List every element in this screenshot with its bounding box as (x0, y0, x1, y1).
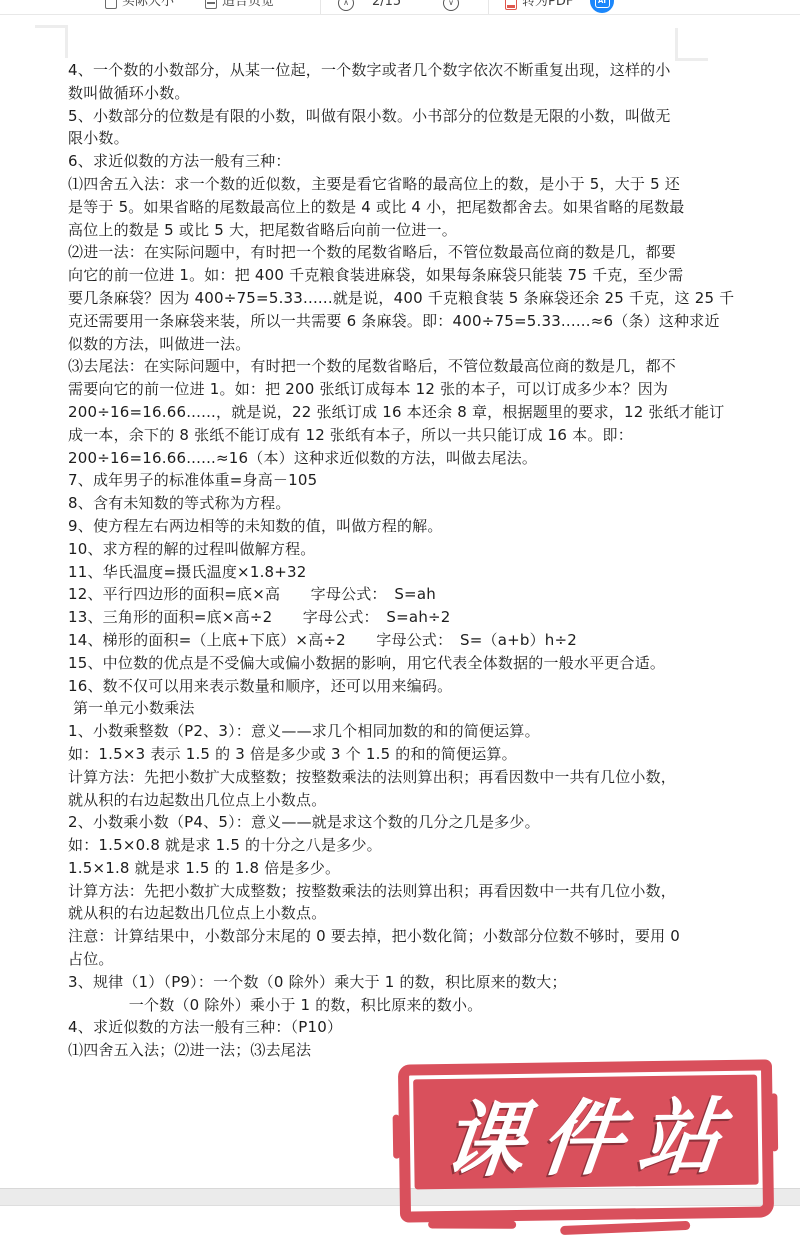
stamp-text: 课件站 (428, 1071, 745, 1192)
doc-line: 200÷16=16.66......≈16（本）这种求近似数的方法，叫做去尾法。 (68, 447, 728, 470)
doc-line: 似数的方法，叫做进一法。 (68, 333, 728, 356)
doc-line: 如：1.5×3 表示 1.5 的 3 倍是多少或 3 个 1.5 的和的简便运算… (68, 743, 728, 766)
doc-line: 要几条麻袋？因为 400÷75=5.33......就是说，400 千克粮食装 … (68, 287, 728, 310)
doc-line: 1、小数乘整数（P2、3）：意义——求几个相同加数的和的简便运算。 (68, 720, 728, 743)
doc-line: 12、平行四边形的面积=底×高 字母公式： S=ah (68, 583, 728, 606)
toolbar-separator (320, 0, 321, 14)
fit-width-button[interactable]: 适合页宽 (205, 0, 274, 12)
doc-line: 4、一个数的小数部分，从某一位起，一个数字或者几个数字依次不断重复出现，这样的小 (68, 59, 728, 82)
ai-badge: AI (595, 0, 610, 8)
ai-assistant-button[interactable]: AI (590, 0, 614, 13)
doc-line: 14、梯形的面积=（上底+下底）×高÷2 字母公式： S=（a+b）h÷2 (68, 629, 728, 652)
doc-line: 11、华氏温度=摄氏温度×1.8+32 (68, 561, 728, 584)
actual-size-icon (105, 0, 117, 9)
doc-line: 数叫做循环小数。 (68, 82, 728, 105)
doc-line: 1.5×1.8 就是求 1.5 的 1.8 倍是多少。 (68, 857, 728, 880)
stamp-ink-blotch (393, 1115, 401, 1159)
doc-line: 16、数不仅可以用来表示数量和顺序，还可以用来编码。 (68, 675, 728, 698)
doc-line: 10、求方程的解的过程叫做解方程。 (68, 538, 728, 561)
page-indicator: 2/15 (372, 0, 401, 12)
doc-line: 一个数（0 除外）乘小于 1 的数，积比原来的数小。 (68, 994, 728, 1017)
doc-line: 注意：计算结果中，小数部分末尾的 0 要去掉，把小数化简；小数部分位数不够时，要… (68, 925, 728, 948)
page-corner-artifact-right (675, 28, 708, 61)
doc-line: 就从积的右边起数出几位点上小数点。 (68, 789, 728, 812)
stamp-ink-blotch (770, 1093, 778, 1151)
fit-width-label: 适合页宽 (222, 0, 274, 12)
toolbar-separator (488, 0, 489, 14)
doc-line: ⑵进一法：在实际问题中，有时把一个数的尾数省略后，不管位数最高位商的数是几，都要 (68, 241, 728, 264)
stamp-ink-blotch (428, 1220, 516, 1228)
doc-line: 就从积的右边起数出几位点上小数点。 (68, 902, 728, 925)
page-up-icon[interactable]: ∧ (338, 0, 354, 11)
doc-line: ⑶去尾法：在实际问题中，有时把一个数的尾数省略后，不管位数最高位商的数是几，都不 (68, 355, 728, 378)
doc-line: 13、三角形的面积=底×高÷2 字母公式： S=ah÷2 (68, 606, 728, 629)
doc-line: 2、小数乘小数（P4、5）：意义——就是求这个数的几分之几是多少。 (68, 811, 728, 834)
doc-line: 6、求近似数的方法一般有三种： (68, 150, 728, 173)
fit-width-icon (205, 0, 217, 9)
convert-pdf-label: 转为PDF (522, 0, 573, 12)
doc-line: ⑴四舍五入法；⑵进一法；⑶去尾法 (68, 1039, 728, 1062)
pdf-viewer-toolbar: 实际大小 适合页宽 ∧ 2/15 ∨ 转为PDF AI (0, 0, 800, 15)
doc-line: ⑴四舍五入法：求一个数的近似数，主要是看它省略的最高位上的数，是小于 5，大于 … (68, 173, 728, 196)
doc-line: 限小数。 (68, 127, 728, 150)
doc-line: 计算方法：先把小数扩大成整数；按整数乘法的法则算出积；再看因数中一共有几位小数， (68, 880, 728, 903)
doc-line: 高位上的数是 5 或比 5 大，把尾数省略后向前一位进一。 (68, 219, 728, 242)
page-corner-artifact-left (35, 25, 68, 58)
pdf-file-icon (505, 0, 517, 10)
doc-line: 第一单元小数乘法 (68, 697, 728, 720)
doc-line: 5、小数部分的位数是有限的小数，叫做有限小数。小书部分的位数是无限的小数，叫做无 (68, 105, 728, 128)
doc-line: 占位。 (68, 948, 728, 971)
doc-line: 200÷16=16.66......，就是说，22 张纸订成 16 本还余 8 … (68, 401, 728, 424)
doc-line: 7、成年男子的标准体重=身高－105 (68, 469, 728, 492)
doc-line: 向它的前一位进 1。如：把 400 千克粮食装进麻袋，如果每条麻袋只能装 75 … (68, 264, 728, 287)
actual-size-label: 实际大小 (122, 0, 174, 12)
doc-line: 15、中位数的优点是不受偏大或偏小数据的影响，用它代表全体数据的一般水平更合适。 (68, 652, 728, 675)
document-page: 4、一个数的小数部分，从某一位起，一个数字或者几个数字依次不断重复出现，这样的小… (68, 59, 728, 1062)
doc-line: 如：1.5×0.8 就是求 1.5 的十分之八是多少。 (68, 834, 728, 857)
doc-line: 9、使方程左右两边相等的未知数的值，叫做方程的解。 (68, 515, 728, 538)
stamp-ink-blotch (560, 1221, 690, 1235)
doc-line: 成一本，余下的 8 张纸不能订成有 12 张纸有本子，所以一共只能订成 16 本… (68, 424, 728, 447)
doc-line: 4、求近似数的方法一般有三种：（P10） (68, 1016, 728, 1039)
courseware-stamp-watermark: 课件站 (398, 1059, 774, 1222)
actual-size-button[interactable]: 实际大小 (105, 0, 174, 12)
stamp-body: 课件站 (413, 1075, 759, 1190)
convert-to-pdf-button[interactable]: 转为PDF (505, 0, 573, 12)
doc-line: 是等于 5。如果省略的尾数最高位上的数是 4 或比 4 小，把尾数都舍去。如果省… (68, 196, 728, 219)
doc-line: 计算方法：先把小数扩大成整数；按整数乘法的法则算出积；再看因数中一共有几位小数， (68, 766, 728, 789)
doc-line: 3、规律（1）（P9）：一个数（0 除外）乘大于 1 的数，积比原来的数大； (68, 971, 728, 994)
doc-line: 8、含有未知数的等式称为方程。 (68, 492, 728, 515)
page-down-icon[interactable]: ∨ (443, 0, 459, 11)
doc-line: 需要向它的前一位进 1。如：把 200 张纸订成每本 12 张的本子，可以订成多… (68, 378, 728, 401)
doc-line: 克还需要用一条麻袋来装，所以一共需要 6 条麻袋。即：400÷75=5.33..… (68, 310, 728, 333)
